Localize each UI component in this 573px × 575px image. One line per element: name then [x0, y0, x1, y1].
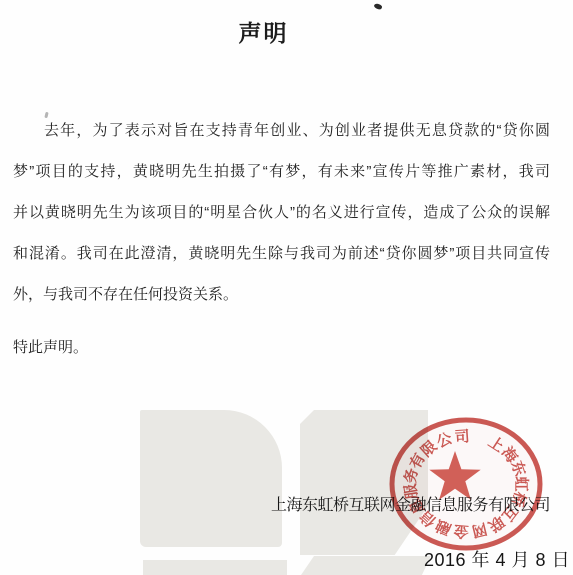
scan-shadow-strip-left — [143, 560, 287, 575]
paragraph-line: 并以黄晓明先生为该项目的“明星合伙人”的名义进行宣传，造成了公众的误解 — [13, 192, 550, 233]
seal-character: 金 — [453, 522, 470, 541]
scan-speck-top — [373, 3, 382, 11]
scanned-statement-page: { "document": { "title": "声明", "paragrap… — [0, 0, 573, 575]
seal-character: 司 — [454, 427, 470, 446]
scan-shadow-blob-left — [140, 410, 282, 547]
closing-line: 特此声明。 — [13, 336, 88, 357]
paragraph-line: 和混淆。我司在此澄清，黄晓明先生除与我司为前述“贷你圆梦”项目共同宣传 — [13, 233, 550, 274]
paragraph-line: 梦”项目的支持，黄晓明先生拍摄了“有梦，有未来”宣传片等推广素材，我司 — [13, 151, 550, 192]
company-seal-stamp: 上海东虹桥互联网金融信息服务有限公司 — [388, 412, 546, 558]
scan-shadow-strip-middle — [301, 556, 431, 575]
paragraph-line: 去年，为了表示对旨在支持青年创业、为创业者提供无息贷款的“贷你圆 — [13, 110, 550, 151]
statement-paragraph: 去年，为了表示对旨在支持青年创业、为创业者提供无息贷款的“贷你圆 梦”项目的支持… — [13, 110, 550, 315]
paragraph-line: 外，与我司不存在任何投资关系。 — [13, 274, 550, 315]
seal-character: 虹 — [513, 476, 530, 491]
document-title: 声明 — [0, 15, 527, 48]
